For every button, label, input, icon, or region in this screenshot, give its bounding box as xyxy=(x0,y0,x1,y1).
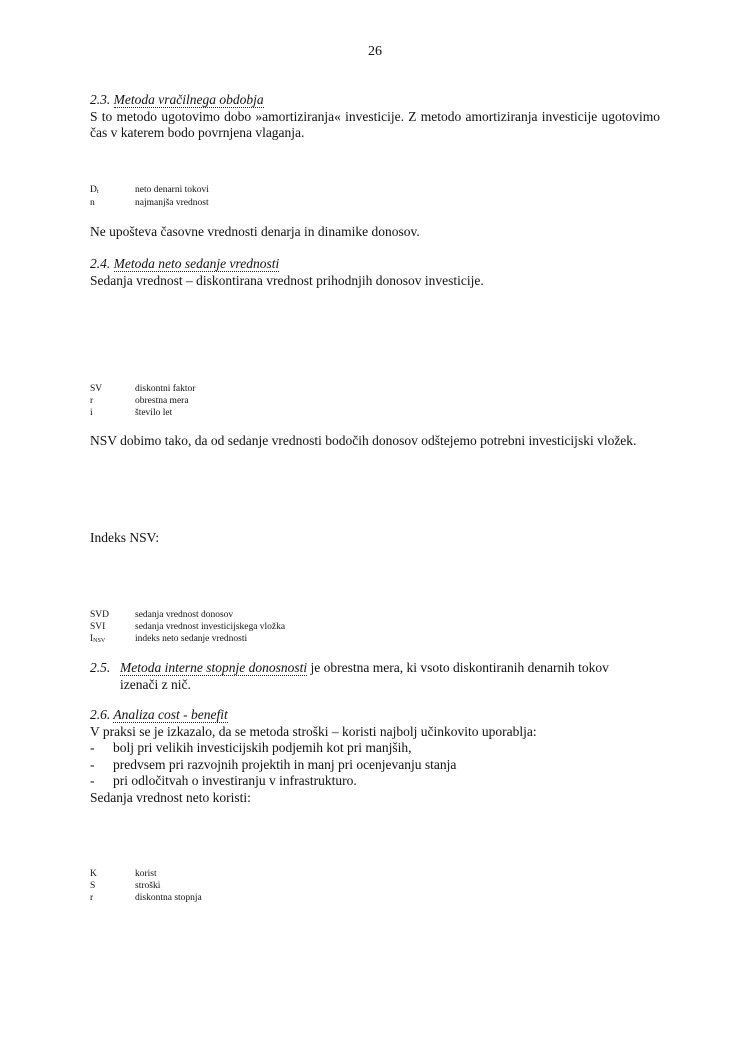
section-2-3: 2.3. Metoda vračilnega obdobja S to meto… xyxy=(90,92,660,142)
legend-row: INSVindeks neto sedanje vrednosti xyxy=(90,633,285,646)
index-label: Indeks NSV: xyxy=(90,530,159,547)
legend-row: Sstroški xyxy=(90,880,202,892)
legend-index: SVDsedanja vrednost donosov SVIsedanja v… xyxy=(90,609,285,646)
legend-2-6: Kkorist Sstroški rdiskontna stopnja xyxy=(90,868,202,904)
bullet-list: -bolj pri velikih investicijskih podjemi… xyxy=(90,740,660,790)
note: Ne upošteva časovne vrednosti denarja in… xyxy=(90,224,420,241)
legend-row: Kkorist xyxy=(90,868,202,880)
legend-2-3: Dtneto denarni tokovi nnajmanjša vrednos… xyxy=(90,184,209,209)
legend-row: robrestna mera xyxy=(90,395,195,407)
section-heading: 2.3. Metoda vračilnega obdobja xyxy=(90,92,660,109)
section-heading: 2.4. Metoda neto sedanje vrednosti xyxy=(90,256,660,273)
list-item: -bolj pri velikih investicijskih podjemi… xyxy=(90,740,660,757)
legend-row: ištevilo let xyxy=(90,407,195,419)
section-2-6: 2.6. Analiza cost - benefit V praksi se … xyxy=(90,707,660,806)
section-heading: 2.6. Analiza cost - benefit xyxy=(90,707,660,724)
legend-row: nnajmanjša vrednost xyxy=(90,197,209,209)
nsv-paragraph: NSV dobimo tako, da od sedanje vrednosti… xyxy=(90,433,636,450)
list-item: -predvsem pri razvojnih projektih in man… xyxy=(90,757,660,774)
legend-row: SVIsedanja vrednost investicijskega vlož… xyxy=(90,621,285,633)
paragraph: Sedanja vrednost – diskontirana vrednost… xyxy=(90,273,660,290)
paragraph: S to metodo ugotovimo dobo »amortiziranj… xyxy=(90,109,660,142)
section-title: Metoda interne stopnje donosnosti xyxy=(120,660,307,676)
section-title: Metoda vračilnega obdobja xyxy=(114,92,264,108)
section-2-5: 2.5. Metoda interne stopnje donosnosti j… xyxy=(90,660,660,693)
legend-2-4: SVdiskontni faktor robrestna mera ištevi… xyxy=(90,383,195,419)
paragraph: Sedanja vrednost neto koristi: xyxy=(90,790,660,807)
legend-row: SVDsedanja vrednost donosov xyxy=(90,609,285,621)
paragraph: V praksi se je izkazalo, da se metoda st… xyxy=(90,724,660,741)
legend-row: SVdiskontni faktor xyxy=(90,383,195,395)
section-title: Analiza cost - benefit xyxy=(113,707,227,723)
legend-row: rdiskontna stopnja xyxy=(90,892,202,904)
legend-row: Dtneto denarni tokovi xyxy=(90,184,209,197)
list-item: -pri odločitvah o investiranju v infrast… xyxy=(90,773,660,790)
page-number: 26 xyxy=(0,44,750,60)
section-2-4: 2.4. Metoda neto sedanje vrednosti Sedan… xyxy=(90,256,660,289)
section-title: Metoda neto sedanje vrednosti xyxy=(114,256,280,272)
